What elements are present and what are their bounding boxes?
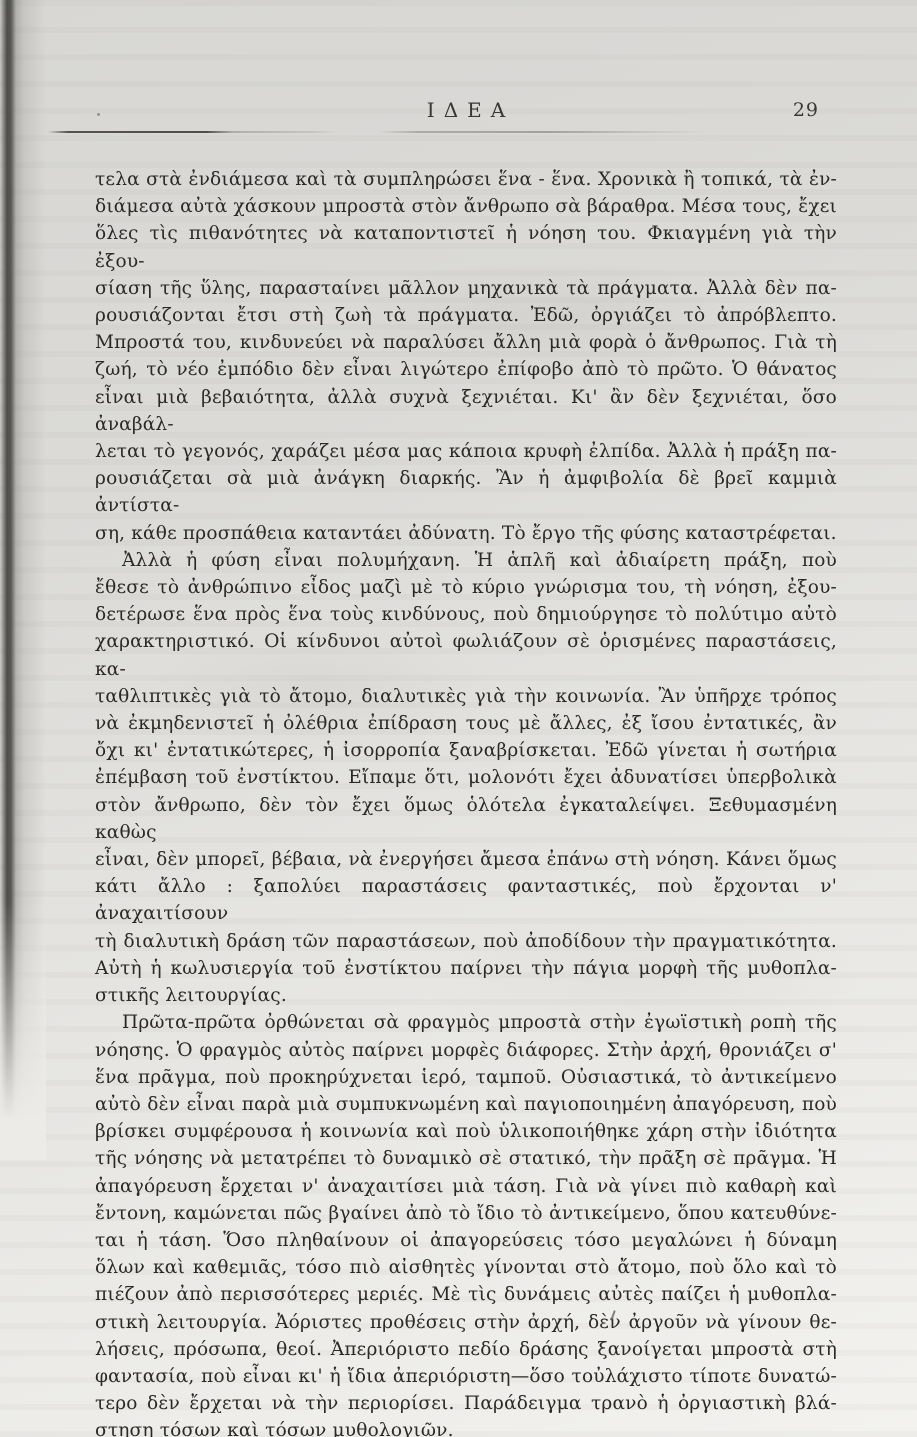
text-line: Ἀλλὰ ἡ φύση εἶναι πολυμήχανη. Ἡ ἁπλῆ καὶ… [95,547,837,574]
text-line: ὅλων καὶ καθεμιᾶς, τόσο πιὸ αἰσθητὲς γίν… [95,1254,837,1281]
text-line: πιέζουν ἀπὸ περισσότερες μεριές. Μὲ τὶς … [95,1281,837,1308]
text-line: χαρακτηριστικό. Οἱ κίνδυνοι αὐτοὶ φωλιάζ… [95,628,837,682]
ink-speck [97,113,100,116]
text-line: τελα στὰ ἐνδιάμεσα καὶ τὰ συμπληρώσει ἕν… [95,166,837,193]
text-line: αὐτὸ δὲν εἶναι παρὰ μιὰ συμπυκνωμένη καὶ… [95,1091,837,1118]
text-line: ταθλιπτικὲς γιὰ τὸ ἄτομο, διαλυτικὲς γιὰ… [95,683,837,710]
text-line: διάμεσα αὐτὰ χάσκουν μπροστὰ στὸν ἄνθρωπ… [95,193,837,220]
text-line: Μπροστά του, κινδυνεύει νὰ παραλύσει ἄλλ… [95,329,837,356]
text-line: ἔθεσε τὸ ἀνθρώπινο εἶδος μαζὶ μὲ τὸ κύρι… [95,574,837,601]
page-header: ΙΔΕΑ 29 [95,98,837,128]
text-line: Πρῶτα-πρῶτα ὀρθώνεται σὰ φραγμὸς μπροστὰ… [95,1009,837,1036]
text-line: ται ἡ τάση. Ὅσο πληθαίνουν οἱ ἀπαγορεύσε… [95,1227,837,1254]
text-line: στικῆς λειτουργίας. [95,982,837,1009]
text-line: ἔντονη, καμώνεται πῶς βγαίνει ἀπὸ τὸ ἴδι… [95,1200,837,1227]
text-line: ἀπαγόρευση ἔρχεται ν' ἀναχαιτίσει μιὰ τά… [95,1173,837,1200]
binding-edge-fade [0,900,46,1160]
text-line: δετέρωσε ἕνα πρὸς ἕνα τοὺς κινδύνους, πο… [95,601,837,628]
text-line: ζωή, τὸ νέο ἐμπόδιο δὲν εἶναι λιγώτερο ἐ… [95,356,837,383]
text-line: φαντασία, ποὺ εἶναι κι' ἡ ἴδια ἀπεριόρισ… [95,1363,837,1390]
text-line: ρουσιάζεται σὰ μιὰ ἀνάγκη διαρκής. Ἂν ἡ … [95,465,837,519]
text-line: στηση τόσων καὶ τόσων μυθολογιῶν. [95,1417,837,1437]
text-line: εἶναι μιὰ βεβαιότητα, ἀλλὰ συχνὰ ξεχνιέτ… [95,384,837,438]
text-line: ση, κάθε προσπάθεια καταντάει ἀδύνατη. Τ… [95,520,837,547]
text-line: σίαση τῆς ὕλης, παρασταίνει μᾶλλον μηχαν… [95,275,837,302]
text-line: νόησης. Ὁ φραγμὸς αὐτὸς παίρνει μορφὲς δ… [95,1037,837,1064]
header-rule [48,131,708,133]
text-line: λήσεις, πρόσωπα, θεοί. Ἀπεριόριστο πεδίο… [95,1336,837,1363]
text-line: βρίσκει συμφέρουσα ἡ κοινωνία καὶ ποὺ ὑλ… [95,1118,837,1145]
text-line: τὴ διαλυτικὴ δράση τῶν παραστάσεων, ποὺ … [95,928,837,955]
text-line: ἐπέμβαση τοῦ ἐνστίκτου. Εἴπαμε ὅτι, μολο… [95,764,837,791]
text-line: κάτι ἄλλο : ξαπολύει παραστάσεις φανταστ… [95,873,837,927]
text-line: Αὐτὴ ἡ κωλυσιεργία τοῦ ἐνστίκτου παίρνει… [95,955,837,982]
text-line: ὄχι κι' ἐντατικώτερες, ἡ ἰσορροπία ξαναβ… [95,737,837,764]
running-head-title: ΙΔΕΑ [95,98,837,122]
text-line: ἕνα πρᾶγμα, ποὺ προκηρύχνεται ἱερό, ταμπ… [95,1064,837,1091]
text-line: ρουσιάζονται ἔτσι στὴ ζωὴ τὰ πράγματα. Ἐ… [95,302,837,329]
text-line: εἶναι, δὲν μπορεῖ, βέβαια, νὰ ἐνεργήσει … [95,846,837,873]
binding-edge-shadow [0,0,46,1120]
page-number: 29 [793,99,819,121]
text-line: νὰ ἐκμηδενιστεῖ ἡ ὀλέθρια ἐπίδραση τους … [95,710,837,737]
text-line: λεται τὸ γεγονός, χαράζει μέσα μας κάποι… [95,438,837,465]
text-line: στικὴ λειτουργία. Ἀόριστες προθέσεις στὴ… [95,1309,837,1336]
body-text: τελα στὰ ἐνδιάμεσα καὶ τὰ συμπληρώσει ἕν… [95,166,837,1437]
text-line: τῆς νόησης νὰ μετατρέπει τὸ δυναμικὸ σὲ … [95,1145,837,1172]
text-line: τερο δὲν ἔρχεται νὰ τὴν περιορίσει. Παρά… [95,1390,837,1417]
text-line: στὸν ἄνθρωπο, δὲν τὸν ἔχει ὅμως ὁλότελα … [95,792,837,846]
text-line: ὅλες τὶς πιθανότητες νὰ καταποντιστεῖ ἡ … [95,220,837,274]
